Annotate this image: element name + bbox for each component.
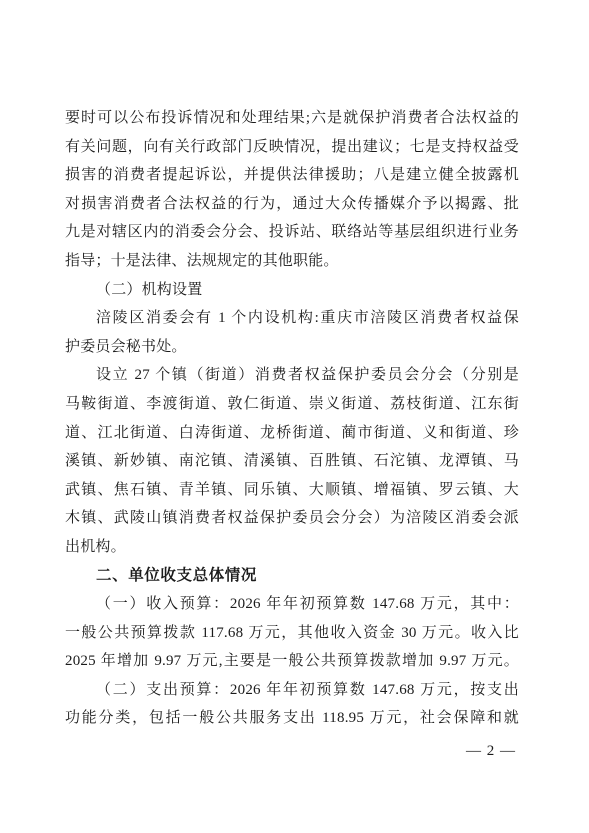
body-text-block: 要时可以公布投诉情况和处理结果;六是就保护消费者合法权益的 有关问题，向有关行政… (65, 104, 519, 733)
text-line: 溪镇、新妙镇、南沱镇、清溪镇、百胜镇、石沱镇、龙潭镇、马 (65, 447, 519, 476)
text-line: （一）收入预算：2026 年年初预算数 147.68 万元，其中： (65, 590, 519, 619)
section-heading: 二、单位收支总体情况 (65, 562, 519, 591)
page-number: — 2 — (466, 743, 516, 760)
text-line: 损害的消费者提起诉讼，并提供法律援助；八是建立健全披露机制， (65, 161, 519, 190)
text-line: 武镇、焦石镇、青羊镇、同乐镇、大顺镇、增福镇、罗云镇、大 (65, 476, 519, 505)
text-line: 要时可以公布投诉情况和处理结果;六是就保护消费者合法权益的 (65, 104, 519, 133)
text-line: 2025 年增加 9.97 万元,主要是一般公共预算拨款增加 9.97 万元。 (65, 647, 519, 676)
text-line: 九是对辖区内的消委会分会、投诉站、联络站等基层组织进行业务 (65, 218, 519, 247)
text-line: 护委员会秘书处。 (65, 333, 519, 362)
subsection-heading: （二）机构设置 (65, 276, 519, 305)
text-line: 道、江北街道、白涛街道、龙桥街道、蔺市街道、义和街道、珍 (65, 419, 519, 448)
text-line: 一般公共预算拨款 117.68 万元，其他收入资金 30 万元。收入比 (65, 619, 519, 648)
document-page: 要时可以公布投诉情况和处理结果;六是就保护消费者合法权益的 有关问题，向有关行政… (0, 0, 589, 833)
text-line: 指导；十是法律、法规规定的其他职能。 (65, 247, 519, 276)
text-line: 木镇、武陵山镇消费者权益保护委员会分会）为涪陵区消委会派 (65, 504, 519, 533)
text-line: 对损害消费者合法权益的行为，通过大众传播媒介予以揭露、批评； (65, 190, 519, 219)
text-line: 功能分类，包括一般公共服务支出 118.95 万元，社会保障和就 (65, 704, 519, 733)
text-line: （二）支出预算：2026 年年初预算数 147.68 万元，按支出 (65, 676, 519, 705)
text-line: 涪陵区消委会有 1 个内设机构:重庆市涪陵区消费者权益保 (65, 304, 519, 333)
text-line: 出机构。 (65, 533, 519, 562)
text-line: 有关问题，向有关行政部门反映情况，提出建议；七是支持权益受 (65, 133, 519, 162)
text-line: 设立 27 个镇（街道）消费者权益保护委员会分会（分别是 (65, 361, 519, 390)
text-line: 马鞍街道、李渡街道、敦仁街道、崇义街道、荔枝街道、江东街 (65, 390, 519, 419)
